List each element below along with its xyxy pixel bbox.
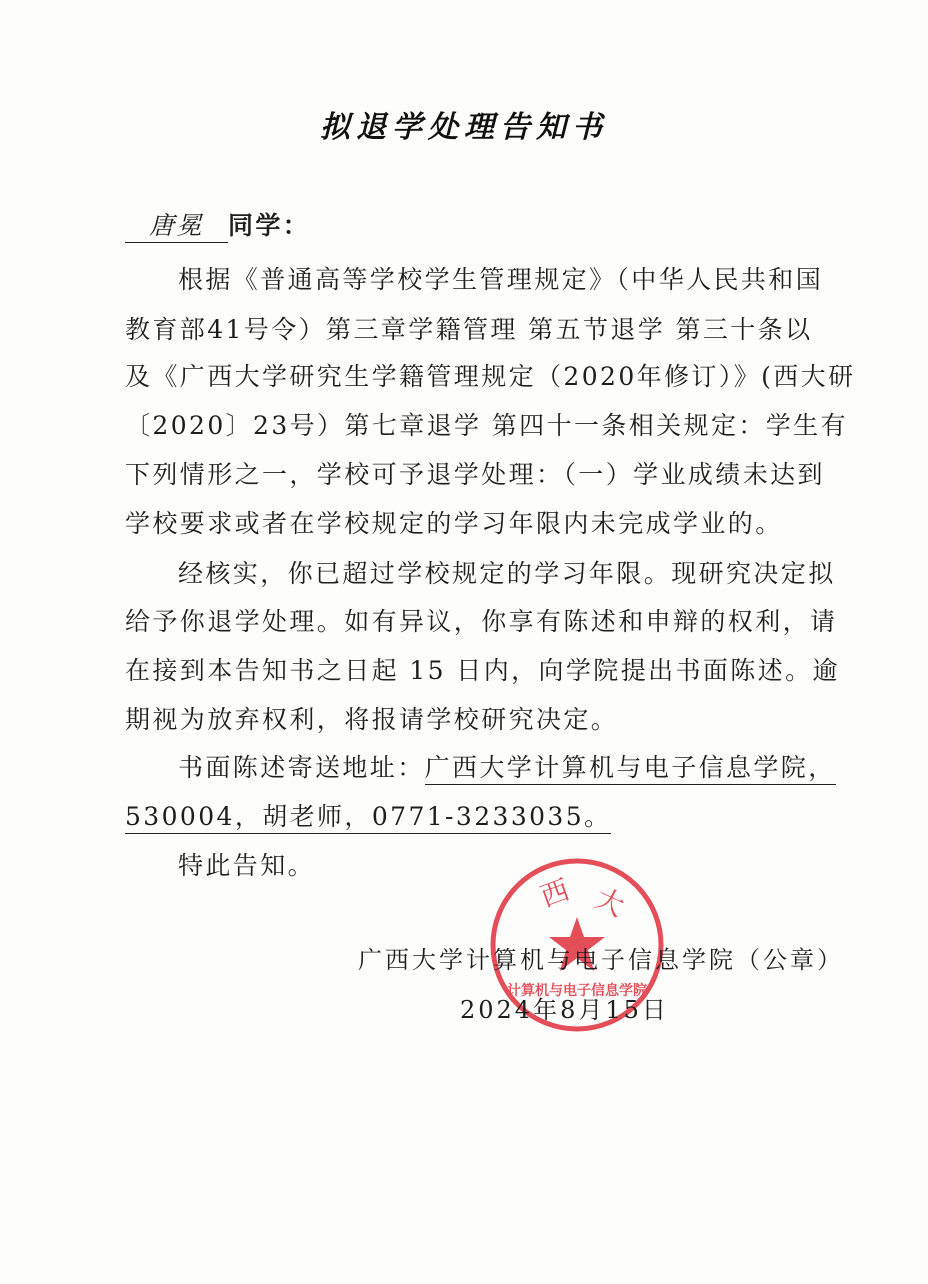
address-line-2: 530004，胡老师，0771-3233035。 xyxy=(125,797,611,833)
paragraph-line: 给予你退学处理。如有异议，你享有陈述和申辩的权利，请 xyxy=(125,602,837,638)
paragraph-line: 经核实，你已超过学校规定的学习年限。现研究决定拟 xyxy=(178,554,836,590)
svg-text:西: 西 xyxy=(536,873,574,914)
student-name: 唐冕 xyxy=(125,206,228,243)
paragraph-line: 教育部41号令）第三章学籍管理 第五节退学 第三十条以 xyxy=(125,310,813,346)
paragraph-line: 下列情形之一，学校可予退学处理：（一）学业成绩未达到 xyxy=(125,455,825,491)
address-label: 书面陈述寄送地址： xyxy=(178,753,425,782)
svg-text:大: 大 xyxy=(590,881,629,923)
document-title: 拟退学处理告知书 xyxy=(0,102,928,146)
closing: 特此告知。 xyxy=(178,846,315,882)
address-line: 书面陈述寄送地址：广西大学计算机与电子信息学院， xyxy=(178,748,836,784)
paragraph-line: 学校要求或者在学校规定的学习年限内未完成学业的。 xyxy=(125,504,783,540)
salutation: 唐冕同学： xyxy=(125,206,310,243)
paragraph-line: 在接到本告知书之日起 15 日内，向学院提出书面陈述。逾 xyxy=(125,651,840,687)
paragraph-line: 〔2020〕23号）第七章退学 第四十一条相关规定：学生有 xyxy=(125,406,848,442)
paragraph-line: 根据《普通高等学校学生管理规定》（中华人民共和国 xyxy=(178,260,823,296)
address-value-1: 广西大学计算机与电子信息学院， xyxy=(425,753,836,785)
signature-org: 广西大学计算机与电子信息学院（公章） xyxy=(358,940,844,975)
salutation-suffix: 同学： xyxy=(228,211,310,240)
paragraph-line: 期视为放弃权利，将报请学校研究决定。 xyxy=(125,700,618,736)
signature-date: 2024年8月15日 xyxy=(460,990,669,1025)
address-value-2: 530004，胡老师，0771-3233035。 xyxy=(125,802,611,834)
paragraph-line: 及《广西大学研究生学籍管理规定（2020年修订）》(西大研 xyxy=(125,357,855,393)
